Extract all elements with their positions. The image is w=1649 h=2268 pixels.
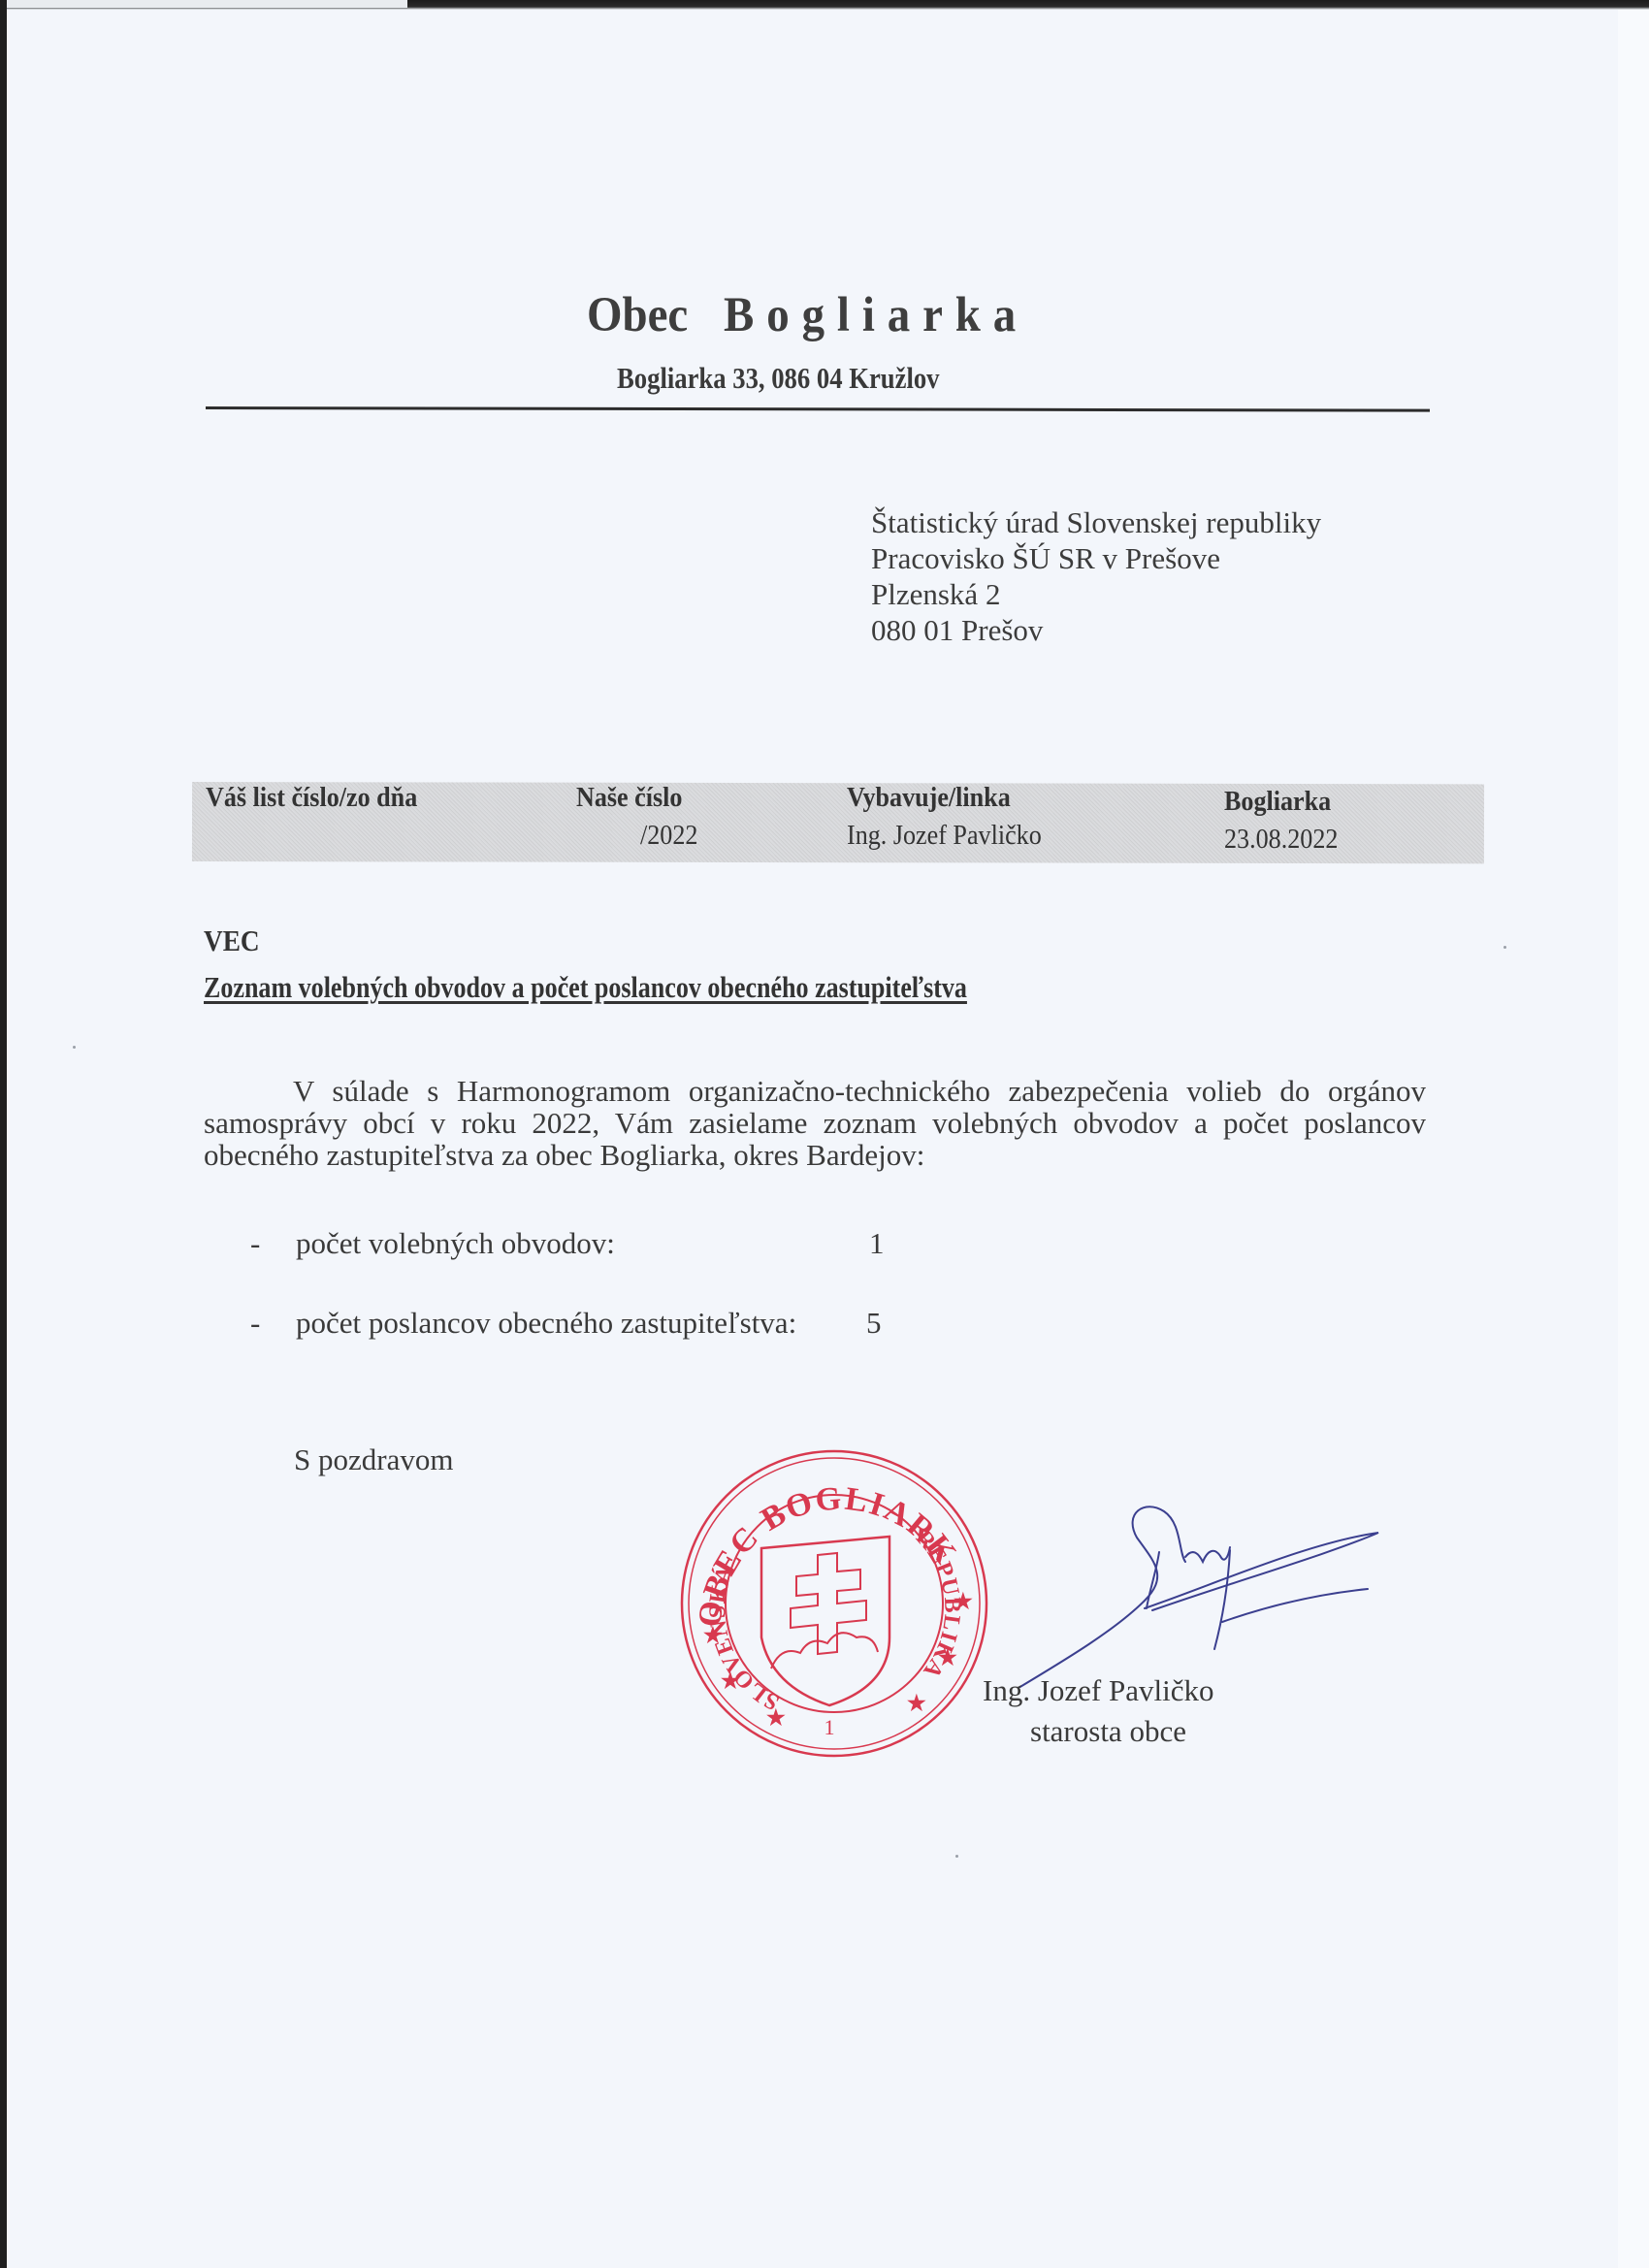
list-bullet: - (250, 1306, 260, 1341)
recipient-line: Štatistický úrad Slovenskej republiky (871, 504, 1321, 540)
handwritten-signature (1009, 1494, 1397, 1688)
stamp-star-icon: ★ (954, 1589, 973, 1613)
subject-label: VEC (204, 923, 260, 958)
recipient-line: Plzenská 2 (871, 576, 1321, 612)
subject-title: Zoznam volebných obvodov a počet poslanc… (204, 970, 967, 1005)
scan-speck (1503, 946, 1506, 949)
stamp-star-icon: ★ (938, 1645, 957, 1669)
our-number-label: Naše číslo (576, 782, 682, 814)
list-item-value: 5 (866, 1306, 882, 1341)
list-item-value: 1 (869, 1226, 885, 1261)
stamp-number: 1 (824, 1715, 835, 1739)
our-number-value: /2022 (640, 820, 697, 852)
handled-by-value: Ing. Jozef Pavličko (847, 820, 1042, 852)
handled-by-label: Vybavuje/linka (847, 782, 1011, 814)
letterhead-address: Bogliarka 33, 086 04 Kružlov (617, 361, 940, 396)
letterhead-divider (206, 406, 1430, 412)
letterhead-title-word1: Obec (587, 288, 688, 342)
signer-name: Ing. Jozef Pavličko (983, 1673, 1213, 1708)
recipient-address: Štatistický úrad Slovenskej republiky Pr… (871, 504, 1321, 648)
list-item-label: počet volebných obvodov: (296, 1226, 615, 1261)
stamp-star-icon: ★ (766, 1705, 786, 1730)
date-value: 23.08.2022 (1224, 824, 1338, 856)
signer-role: starosta obce (1030, 1714, 1186, 1749)
letterhead-title: ObecBogliarka (587, 287, 1028, 343)
letterhead-title-word2: Bogliarka (724, 288, 1028, 342)
list-bullet: - (250, 1226, 260, 1261)
scan-speck (73, 1046, 76, 1049)
closing-greeting: S pozdravom (294, 1442, 453, 1477)
list-item-label: počet poslancov obecného zastupiteľstva: (296, 1306, 796, 1341)
your-letter-label: Váš list číslo/zo dňa (206, 782, 417, 814)
body-paragraph: V súlade s Harmonogramom organizačno-tec… (204, 1075, 1426, 1171)
scan-speck (955, 1855, 958, 1858)
stamp-star-icon: ★ (703, 1623, 723, 1647)
stamp-star-icon: ★ (721, 1669, 740, 1693)
stamp-star-icon: ★ (907, 1691, 926, 1715)
recipient-line: Pracovisko ŠÚ SR v Prešove (871, 540, 1321, 576)
scan-edge-left (0, 0, 7, 2268)
recipient-line: 080 01 Prešov (871, 612, 1321, 648)
official-stamp: OBEC BOGLIARKA SLOVENSKÁ REPUBLIKA 1 ★ ★… (674, 1443, 994, 1764)
scan-edge-top-fade (0, 0, 407, 8)
place-label: Bogliarka (1224, 786, 1331, 818)
scan-edge-right (1618, 10, 1649, 2268)
